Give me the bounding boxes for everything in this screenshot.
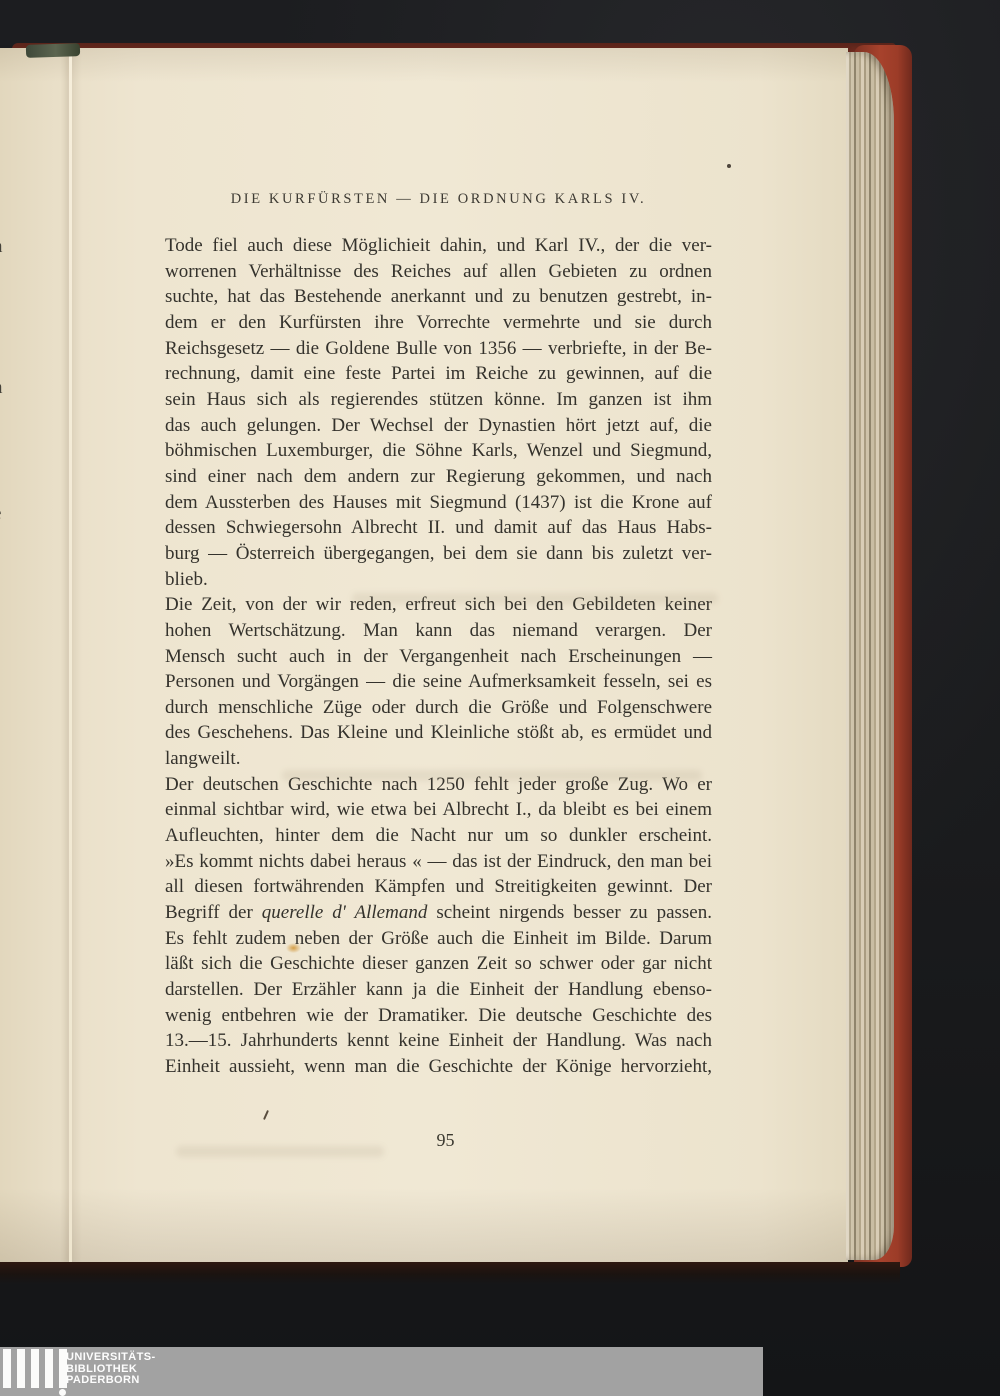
edge-fragment-char: n [0,236,7,258]
library-watermark-band: UNIVERSITÄTS- BIBLIOTHEK PADERBORN [0,1347,763,1396]
library-bars-icon [3,1349,67,1388]
text-line: burg — Österreich übergegangen, bei dem … [165,541,712,567]
text-segment: langweilt. [165,748,240,769]
bar-glyph [31,1349,39,1388]
edge-fragment-char: - [0,274,7,296]
edge-fragment-char: . [0,625,7,647]
edge-fragment-char: e [0,503,7,525]
text-line: Mensch sucht auch in der Vergangenheit n… [165,644,712,670]
text-line: Personen und Vorgängen — die seine Aufme… [165,669,712,695]
text-segment: einmal sichtbar wird, wie etwa bei Albre… [165,799,712,820]
text-line: dem er den Kurfürsten ihre Vorrechte ver… [165,310,712,336]
text-segment: dem er den Kurfürsten ihre Vorrechte ver… [165,312,712,333]
spine-headband [26,43,80,58]
text-line: Reichsgesetz — die Goldene Bulle von 135… [165,336,712,362]
text-segment: all diesen fortwährenden Kämpfen und Str… [165,876,712,897]
library-name-line: PADERBORN [66,1375,156,1387]
text-line: langweilt. [165,746,712,772]
text-segment: darstellen. Der Erzähler kann ja die Ein… [165,979,712,1000]
library-name: UNIVERSITÄTS- BIBLIOTHEK PADERBORN [66,1352,156,1387]
edge-fragment-char: n [0,377,7,399]
edge-fragment-char: - [0,351,7,373]
bar-glyph [17,1349,25,1388]
text-line: Es fehlt zudem neben der Größe auch die … [165,926,712,952]
text-segment: Begriff der [165,902,262,923]
text-line: sind einer nach dem andern zur Regierung… [165,464,712,490]
text-line: all diesen fortwährenden Kämpfen und Str… [165,874,712,900]
edge-fragment-char: . [0,299,7,321]
text-line: Aufleuchten, hinter dem die Nacht nur um… [165,823,712,849]
bar-dot-glyph [59,1389,66,1396]
edge-fragment-char: l [0,429,7,451]
text-segment: »Es kommt nichts dabei heraus « — das is… [165,851,712,872]
text-segment: Aufleuchten, hinter dem die Nacht nur um… [165,825,712,846]
text-segment: wenig entbehren wie der Dramatiker. Die … [165,1005,712,1026]
edge-fragment-char: , [0,458,7,480]
text-segment: durch menschliche Züge oder durch die Gr… [165,697,712,718]
show-through-smudge [176,1146,384,1157]
text-line: des Geschehens. Das Kleine und Kleinlich… [165,720,712,746]
text-segment: scheint nirgends besser zu passen. [427,902,712,923]
text-segment: sein Haus sich als regierendes stützen k… [165,389,712,410]
text-line: worrenen Verhältnisse des Reiches auf al… [165,259,712,285]
text-segment: sind einer nach dem andern zur Regierung… [165,466,712,487]
text-segment: böhmischen Luxemburger, die Söhne Karls,… [165,440,712,461]
edge-fragment-char: . [0,672,7,694]
text-segment: Mensch sucht auch in der Vergangenheit n… [165,646,712,667]
edge-fragment-char: . [0,648,7,670]
bar-glyph [3,1349,11,1388]
text-segment: worrenen Verhältnisse des Reiches auf al… [165,261,712,282]
paper-stain [286,943,301,953]
text-segment: Tode fiel auch diese Möglichieit dahin, … [165,235,712,256]
bar-glyph [45,1349,53,1388]
show-through-smudge [282,770,702,781]
text-line: einmal sichtbar wird, wie etwa bei Albre… [165,797,712,823]
text-line: wenig entbehren wie der Dramatiker. Die … [165,1003,712,1029]
text-segment: läßt sich die Geschichte dieser ganzen Z… [165,953,712,974]
text-line: blieb. [165,567,712,593]
edge-fragment-char: - [0,530,7,552]
text-line: böhmischen Luxemburger, die Söhne Karls,… [165,438,712,464]
text-line: durch menschliche Züge oder durch die Gr… [165,695,712,721]
text-segment: Personen und Vorgängen — die seine Aufme… [165,671,712,692]
edge-fragment-char: . [0,327,7,349]
text-line: suchte, hat das Bestehende anerkannt und… [165,284,712,310]
text-line: »Es kommt nichts dabei heraus « — das is… [165,849,712,875]
text-line: läßt sich die Geschichte dieser ganzen Z… [165,951,712,977]
library-name-line: UNIVERSITÄTS- [66,1352,156,1364]
text-segment: Reichsgesetz — die Goldene Bulle von 135… [165,338,712,359]
text-segment: dessen Schwiegersohn Albrecht II. und da… [165,517,712,538]
gutter-crease [69,48,72,1264]
text-segment: rechnung, damit eine feste Partei im Rei… [165,363,712,384]
book-bottom-shadow [0,1262,900,1284]
edge-fragment-char: , [0,403,7,425]
body-text: Tode fiel auch diese Möglichieit dahin, … [165,233,712,1080]
text-line: dem Aussterben des Hauses mit Siegmund (… [165,490,712,516]
text-line: Einheit aussieht, wenn man die Geschicht… [165,1054,712,1080]
text-segment: Einheit aussieht, wenn man die Geschicht… [165,1056,712,1077]
text-segment: suchte, hat das Bestehende anerkannt und… [165,286,712,307]
text-segment: blieb. [165,569,208,590]
text-segment: burg — Österreich übergegangen, bei dem … [165,543,712,564]
running-header: DIE KURFÜRSTEN — DIE ORDNUNG KARLS IV. [165,191,712,208]
text-line: sein Haus sich als regierendes stützen k… [165,387,712,413]
text-line: dessen Schwiegersohn Albrecht II. und da… [165,515,712,541]
text-line: 13.—15. Jahrhunderts kennt keine Einheit… [165,1028,712,1054]
text-line: hohen Wertschätzung. Man kann das nieman… [165,618,712,644]
book-page: n-..-n,l,-e--... DIE KURFÜRSTEN — DIE OR… [0,48,848,1264]
text-line: darstellen. Der Erzähler kann ja die Ein… [165,977,712,1003]
paper-speck [727,164,731,168]
text-segment: des Geschehens. Das Kleine und Kleinlich… [165,722,712,743]
text-line: Begriff der querelle d' Allemand scheint… [165,900,712,926]
show-through-smudge [352,593,718,604]
text-segment: hohen Wertschätzung. Man kann das nieman… [165,620,712,641]
text-segment: das auch gelungen. Der Wechsel der Dynas… [165,415,712,436]
italic-phrase: querelle d' Allemand [262,902,428,923]
book-scan: n-..-n,l,-e--... DIE KURFÜRSTEN — DIE OR… [0,0,1000,1396]
text-segment: dem Aussterben des Hauses mit Siegmund (… [165,492,712,513]
text-line: das auch gelungen. Der Wechsel der Dynas… [165,413,712,439]
text-line: rechnung, damit eine feste Partei im Rei… [165,361,712,387]
page-stack-fore-edge [846,52,894,1260]
text-line: Tode fiel auch diese Möglichieit dahin, … [165,233,712,259]
text-segment: Es fehlt zudem neben der Größe auch die … [165,928,712,949]
text-segment: 13.—15. Jahrhunderts kennt keine Einheit… [165,1030,712,1051]
edge-fragment-char: - [0,603,7,625]
